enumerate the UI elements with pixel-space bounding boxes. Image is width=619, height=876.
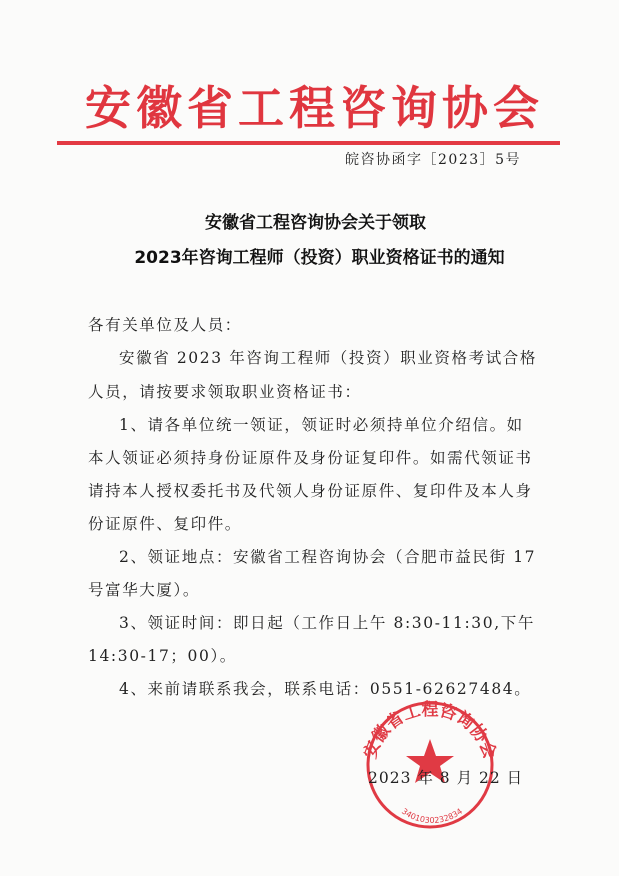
issue-date: 2023 年 8 月 22 日 bbox=[368, 766, 523, 788]
text-line: 份证原件、复印件。 bbox=[88, 512, 242, 534]
text-line: 1、请各单位统一领证，领证时必须持单位介绍信。如 bbox=[119, 413, 524, 435]
notice-title-line1: 安徽省工程咨询协会关于领取 bbox=[6, 208, 619, 233]
notice-title-line2: 2023年咨询工程师（投资）职业资格证书的通知 bbox=[10, 243, 619, 268]
document-number: 皖咨协函字［2023］5号 bbox=[345, 149, 521, 169]
salutation: 各有关单位及人员： bbox=[88, 313, 242, 335]
text-line: 14:30-17；00）。 bbox=[88, 644, 237, 666]
text-line: 号富华大厦）。 bbox=[88, 578, 200, 600]
masthead-title: 安徽省工程咨询协会 bbox=[85, 80, 545, 136]
text-line: 请持本人授权委托书及代领人身份证原件、复印件及本人身 bbox=[88, 479, 533, 501]
text-line: 本人领证必须持身份证原件及身份证复印件。如需代领证书 bbox=[88, 446, 533, 468]
text-line: 安徽省 2023 年咨询工程师（投资）职业资格考试合格 bbox=[119, 346, 537, 368]
text-line: 2、领证地点：安徽省工程咨询协会（合肥市益民街 17 bbox=[119, 545, 536, 567]
masthead-red-rule bbox=[57, 141, 560, 145]
text-line: 4、来前请联系我会，联系电话：0551-62627484。 bbox=[119, 677, 531, 699]
text-line: 人员，请按要求领取职业资格证书： bbox=[88, 380, 362, 402]
text-line: 3、领证时间：即日起（工作日上午 8:30-11:30,下午 bbox=[119, 611, 535, 633]
official-seal-icon: 安徽省工程咨询协会 3401030232834 bbox=[352, 699, 508, 829]
